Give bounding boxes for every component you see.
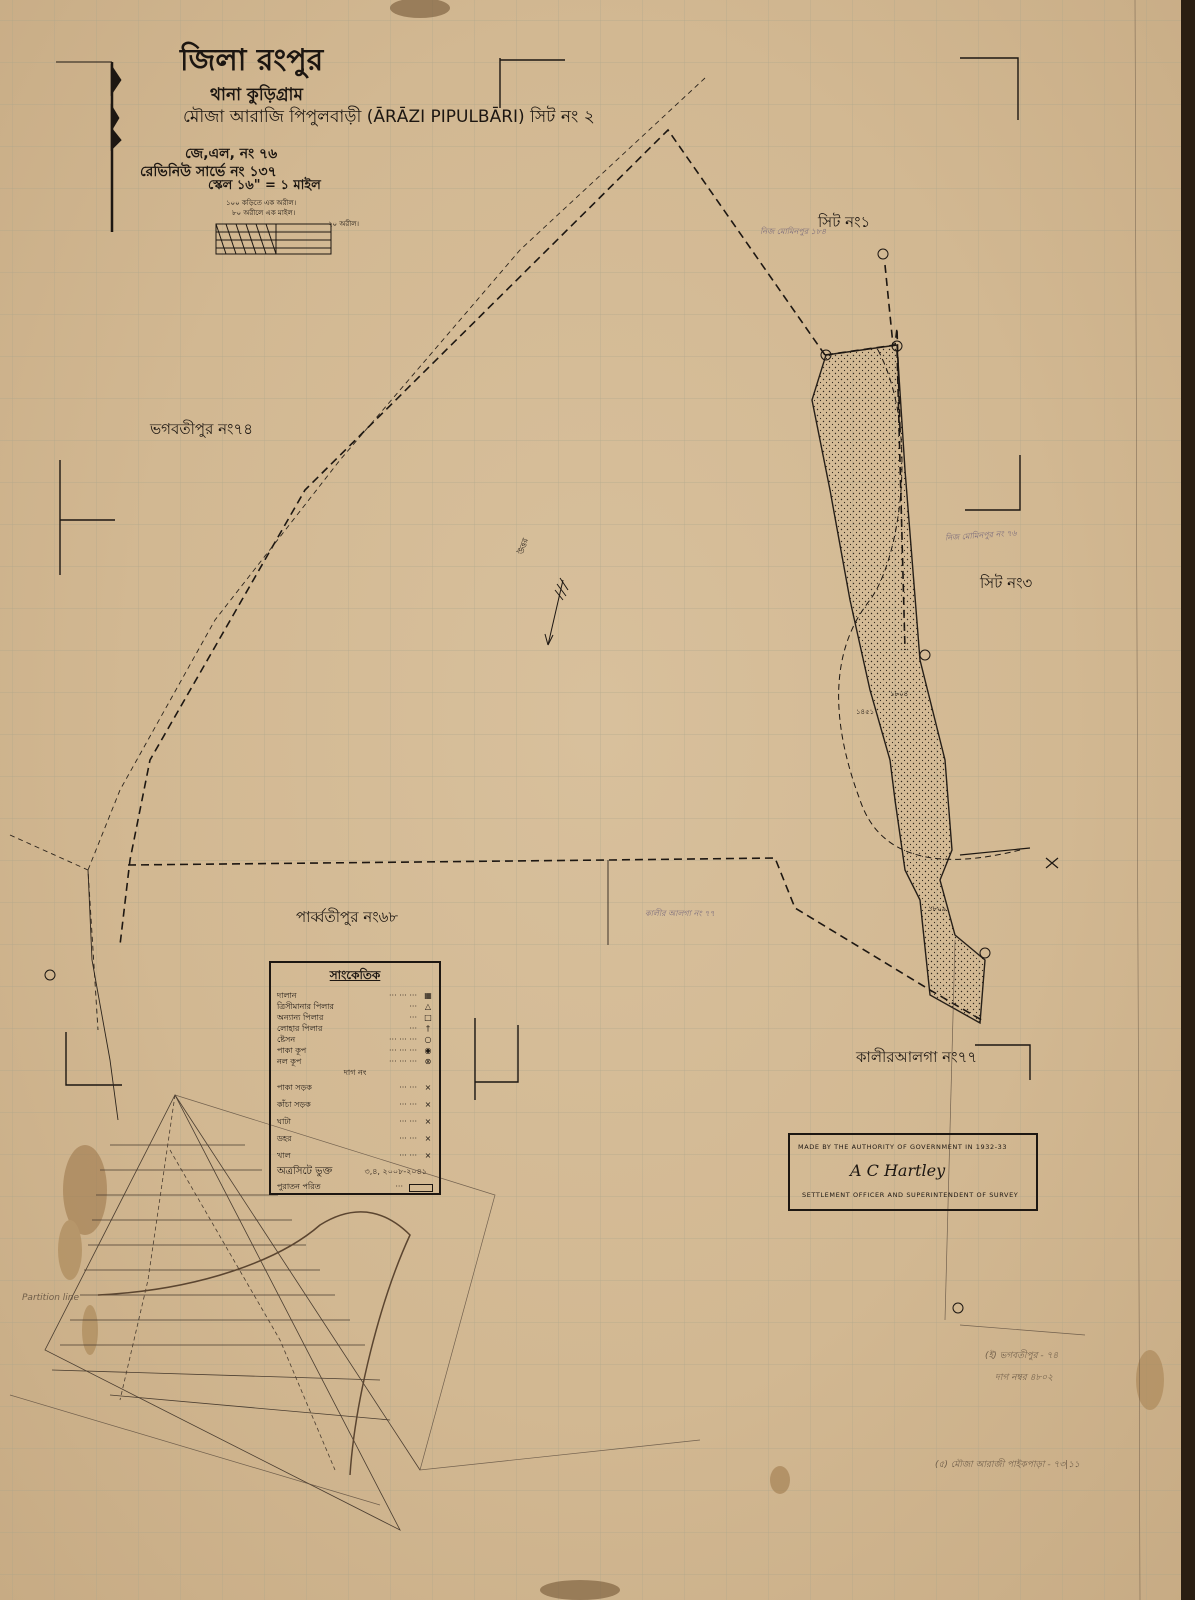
pencil-note-bottom-3: দাগ নম্বর ৪৮০২ — [995, 1370, 1053, 1385]
legend-road-item: কাঁচা সড়ক··· ···× — [277, 1096, 433, 1113]
legend-title: সাংকেতিক — [277, 967, 433, 987]
building-icon: ▦ — [423, 990, 433, 1001]
legend-item: ষ্টেসন··· ··· ···○ — [277, 1034, 433, 1045]
pencil-note-bottom-2: (ই) ভগবতীপুর - ৭৪ — [985, 1348, 1058, 1363]
cross-icon: × — [423, 1113, 433, 1130]
map-legend: সাংকেতিক দালান··· ··· ···▦ ত্রিসীমানার প… — [269, 961, 441, 1195]
plot-number-1: ১৮০৪ — [890, 688, 908, 700]
legend-item: দালান··· ··· ···▦ — [277, 990, 433, 1001]
label-sheet-3: সিট নং৩ — [980, 572, 1032, 597]
legend-item: পাকা কূপ··· ··· ···◉ — [277, 1045, 433, 1056]
legend-road-item: ঘাটা··· ···× — [277, 1113, 433, 1130]
dagger-icon: † — [423, 1023, 433, 1034]
map-sheet: জিলা রংপুর থানা কুড়িগ্রাম মৌজা আরাজি পি… — [0, 0, 1195, 1600]
legend-old-line: পুরাতন পরিত··· — [277, 1180, 433, 1194]
map-scale: স্কেল ১৬" = ১ মাইল — [208, 176, 321, 197]
district-title: জিলা রংপুর — [180, 36, 323, 87]
triangle-icon: △ — [423, 1001, 433, 1012]
well-icon: ◉ — [423, 1045, 433, 1056]
label-bhagabatipur: ভগবতীপুর নং৭৪ — [150, 418, 253, 443]
officer-signature: A C Hartley — [850, 1161, 945, 1180]
legend-road-item: ডহর··· ···× — [277, 1130, 433, 1147]
mouza-title: মৌজা আরাজি পিপুলবাড়ী (ĀRĀZI PIPULBĀRI) … — [183, 104, 595, 132]
partition-line-label: Partition line — [22, 1293, 79, 1303]
cross-icon: × — [423, 1079, 433, 1096]
legend-subheading: দাগ নং — [277, 1067, 433, 1079]
legend-item: অন্যান্য পিলার···□ — [277, 1012, 433, 1023]
old-boundary-icon — [409, 1184, 433, 1192]
authority-line: MADE BY THE AUTHORITY OF GOVERNMENT IN 1… — [798, 1143, 1007, 1151]
circle-icon: ○ — [423, 1034, 433, 1045]
officer-title: SETTLEMENT OFFICER AND SUPERINTENDENT OF… — [802, 1191, 1018, 1199]
label-parbatipur: পার্ব্বতীপুর নং৬৮ — [296, 906, 398, 931]
label-kalir-alga: কালীরআলগা নং৭৭ — [856, 1046, 977, 1071]
legend-item: নল কূপ··· ··· ···⊗ — [277, 1056, 433, 1067]
scale-note-2: ৮০ অরীলে এক মাইল। — [232, 207, 295, 219]
square-icon: □ — [423, 1012, 433, 1023]
legend-road-item: খাল··· ···× — [277, 1147, 433, 1164]
legend-road-item: পাকা সড়ক··· ···× — [277, 1079, 433, 1096]
cross-icon: × — [423, 1147, 433, 1164]
cross-icon: × — [423, 1130, 433, 1147]
tubewell-icon: ⊗ — [423, 1056, 433, 1067]
scan-edge — [1181, 0, 1195, 1600]
legend-diara: অত্রসিটে ভুক্ত৩,৪, ২০০৮-২০৪১ — [277, 1164, 433, 1180]
legend-item: ত্রিসীমানার পিলার···△ — [277, 1001, 433, 1012]
pencil-note-kalir: কালীর আলগা নং ৭৭ — [645, 908, 715, 921]
plot-number-3: ১৮০৯ — [928, 903, 946, 915]
pencil-note-bottom-1: (৫) মৌজা আরাজী পাইকপাড়া - ৭৩|১১ — [935, 1457, 1080, 1472]
cross-icon: × — [423, 1096, 433, 1113]
plot-number-2: ১৪৫১ — [856, 706, 874, 718]
legend-item: লোহার পিলার···† — [277, 1023, 433, 1034]
scale-bar-label: ২০ অরীল। — [328, 218, 359, 230]
authority-box: MADE BY THE AUTHORITY OF GOVERNMENT IN 1… — [788, 1133, 1038, 1211]
pencil-note-sheet1: নিজ মোমিনপুর ১৮৪ — [760, 226, 826, 239]
